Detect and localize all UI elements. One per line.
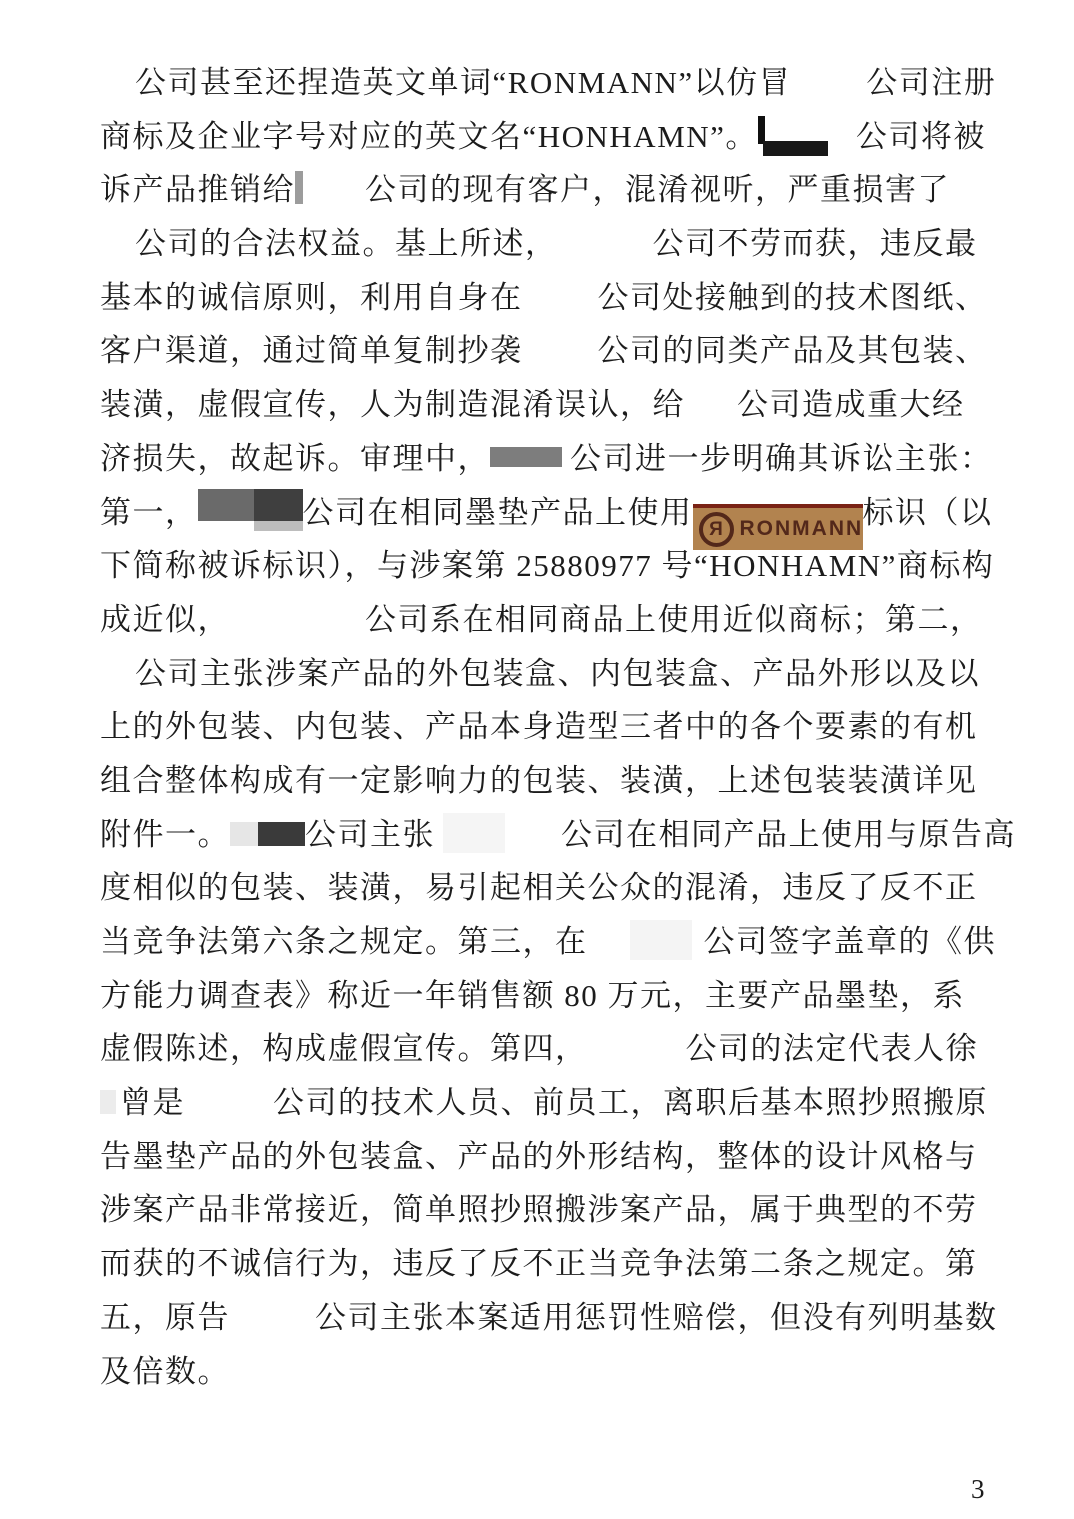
redaction-box xyxy=(443,813,505,853)
text-segment: 五，原告 xyxy=(100,1300,230,1335)
text-line: 附件一。公司主张公司在相同产品上使用与原告高 xyxy=(100,808,990,862)
text-segment: 及倍数。 xyxy=(100,1354,230,1389)
text-segment: 第一， xyxy=(100,495,198,530)
text-segment: 公司的同类产品及其包装、 xyxy=(598,333,988,368)
text-segment: 公司注册 xyxy=(866,65,996,100)
redacted-blank-gap xyxy=(505,843,561,845)
text-segment: 公司在相同产品上使用与原告高 xyxy=(561,817,1016,852)
redaction-box xyxy=(763,141,828,156)
text-segment: 基本的诚信原则，利用自身在 xyxy=(100,280,523,315)
text-line: 济损失，故起诉。审理中，公司进一步明确其诉讼主张： xyxy=(100,432,990,486)
text-segment: 公司的合法权益。基上所述， xyxy=(135,226,558,261)
text-line: 曾是公司的技术人员、前员工，离职后基本照抄照搬原 xyxy=(100,1076,990,1130)
text-segment: 商标及企业字号对应的英文名“HONHAMN”。 xyxy=(100,119,758,154)
text-segment: 公司主张本案适用惩罚性赔偿，但没有列明基数 xyxy=(315,1300,998,1335)
page-number: 3 xyxy=(971,1474,985,1505)
text-segment: 公司将被 xyxy=(856,119,986,154)
text-segment: 公司不劳而获，违反最 xyxy=(653,226,978,261)
redacted-blank-gap xyxy=(588,950,630,952)
redaction-box xyxy=(258,822,305,846)
redacted-blank-gap xyxy=(523,359,598,361)
redaction-box xyxy=(490,447,562,467)
text-segment: 当竞争法第六条之规定。第三，在 xyxy=(100,924,588,959)
text-segment: 虚假陈述，构成虚假宣传。第四， xyxy=(100,1031,588,1066)
text-line: 公司的合法权益。基上所述，公司不劳而获，违反最 xyxy=(100,217,990,271)
text-segment: 成近似， xyxy=(100,602,230,637)
redacted-blank-gap xyxy=(230,628,365,630)
text-segment: 组合整体构成有一定影响力的包装、装潢，上述包装装潢详见 xyxy=(100,763,978,798)
text-segment: 方能力调查表》称近一年销售额 80 万元，主要产品墨垫，系 xyxy=(100,978,965,1013)
redacted-blank-gap xyxy=(303,198,365,200)
redaction-box xyxy=(198,489,254,521)
document-body: 公司甚至还捏造英文单词“RONMANN”以仿冒公司注册商标及企业字号对应的英文名… xyxy=(100,56,990,1398)
redacted-blank-gap xyxy=(558,252,653,254)
text-line: 方能力调查表》称近一年销售额 80 万元，主要产品墨垫，系 xyxy=(100,969,990,1023)
redaction-box xyxy=(758,116,765,144)
text-segment: 度相似的包装、装潢，易引起相关公众的混淆，违反了反不正 xyxy=(100,870,978,905)
redaction-box xyxy=(254,489,303,521)
text-line: 装潢，虚假宣传，人为制造混淆误认，给公司造成重大经 xyxy=(100,378,990,432)
redacted-blank-gap xyxy=(692,950,704,952)
text-line: 上的外包装、内包装、产品本身造型三者中的各个要素的有机 xyxy=(100,700,990,754)
text-line: 告墨垫产品的外包装盒、产品的外形结构，整体的设计风格与 xyxy=(100,1130,990,1184)
redacted-blank-gap xyxy=(791,91,866,93)
redacted-blank-gap xyxy=(185,1111,273,1113)
text-segment: 公司在相同墨垫产品上使用 xyxy=(303,495,693,530)
redaction-group xyxy=(758,114,828,156)
text-segment: 公司主张涉案产品的外包装盒、内包装盒、产品外形以及以 xyxy=(135,656,980,691)
text-line: 下简称被诉标识），与涉案第 25880977 号“HONHAMN”商标构 xyxy=(100,539,990,593)
text-line: 公司主张涉案产品的外包装盒、内包装盒、产品外形以及以 xyxy=(100,647,990,701)
text-segment: 公司进一步明确其诉讼主张： xyxy=(570,441,993,476)
text-segment: 济损失，故起诉。审理中， xyxy=(100,441,490,476)
text-line: 商标及企业字号对应的英文名“HONHAMN”。公司将被 xyxy=(100,110,990,164)
text-segment: 公司的技术人员、前员工，离职后基本照抄照搬原 xyxy=(273,1085,988,1120)
text-segment: 客户渠道，通过简单复制抄袭 xyxy=(100,333,523,368)
text-line: 当竞争法第六条之规定。第三，在公司签字盖章的《供 xyxy=(100,915,990,969)
text-segment: 诉产品推销给 xyxy=(100,172,295,207)
text-line: 诉产品推销给公司的现有客户，混淆视听，严重损害了 xyxy=(100,163,990,217)
text-line: 虚假陈述，构成虚假宣传。第四，公司的法定代表人徐 xyxy=(100,1022,990,1076)
document-page: 公司甚至还捏造英文单词“RONMANN”以仿冒公司注册商标及企业字号对应的英文名… xyxy=(0,0,1074,1519)
text-line: 涉案产品非常接近，简单照抄照搬涉案产品，属于典型的不劳 xyxy=(100,1183,990,1237)
text-segment: 而获的不诚信行为，违反了反不正当竞争法第二条之规定。第 xyxy=(100,1246,978,1281)
redaction-box xyxy=(295,171,303,204)
text-segment: 附件一。 xyxy=(100,817,230,852)
redacted-blank-gap xyxy=(828,145,856,147)
text-segment: 公司主张 xyxy=(305,817,435,852)
redacted-blank-gap xyxy=(435,843,443,845)
text-segment: 涉案产品非常接近，简单照抄照搬涉案产品，属于典型的不劳 xyxy=(100,1192,978,1227)
redaction-box xyxy=(230,822,258,846)
text-segment: 公司的法定代表人徐 xyxy=(686,1031,979,1066)
redaction-box xyxy=(630,920,692,960)
text-segment: 上的外包装、内包装、产品本身造型三者中的各个要素的有机 xyxy=(100,709,978,744)
text-line: 公司甚至还捏造英文单词“RONMANN”以仿冒公司注册 xyxy=(100,56,990,110)
redacted-blank-gap xyxy=(685,413,737,415)
redaction-box xyxy=(100,1090,116,1114)
redacted-blank-gap xyxy=(523,306,598,308)
redaction-group xyxy=(198,489,303,531)
text-segment: 下简称被诉标识），与涉案第 25880977 号“HONHAMN”商标构 xyxy=(100,548,994,583)
text-segment: 装潢，虚假宣传，人为制造混淆误认，给 xyxy=(100,387,685,422)
text-segment: 曾是 xyxy=(120,1085,185,1120)
text-segment: 公司签字盖章的《供 xyxy=(704,924,997,959)
text-segment: 告墨垫产品的外包装盒、产品的外形结构，整体的设计风格与 xyxy=(100,1139,978,1174)
text-segment: 标识（以 xyxy=(863,495,993,530)
text-line: 度相似的包装、装潢，易引起相关公众的混淆，违反了反不正 xyxy=(100,861,990,915)
text-line: 客户渠道，通过简单复制抄袭公司的同类产品及其包装、 xyxy=(100,324,990,378)
text-segment: 公司处接触到的技术图纸、 xyxy=(598,280,988,315)
text-line: 及倍数。 xyxy=(100,1345,990,1399)
text-line: 成近似，公司系在相同商品上使用近似商标；第二， xyxy=(100,593,990,647)
redacted-blank-gap xyxy=(562,467,570,469)
text-segment: 公司的现有客户，混淆视听，严重损害了 xyxy=(365,172,950,207)
redaction-box xyxy=(254,521,303,531)
text-line: 而获的不诚信行为，违反了反不正当竞争法第二条之规定。第 xyxy=(100,1237,990,1291)
text-line: 五，原告公司主张本案适用惩罚性赔偿，但没有列明基数 xyxy=(100,1291,990,1345)
redacted-blank-gap xyxy=(230,1326,315,1328)
text-line: 基本的诚信原则，利用自身在公司处接触到的技术图纸、 xyxy=(100,271,990,325)
text-segment: 公司系在相同商品上使用近似商标；第二， xyxy=(365,602,983,637)
text-segment: 公司造成重大经 xyxy=(737,387,965,422)
text-line: 第一，公司在相同墨垫产品上使用ЯRONMANN标识（以 xyxy=(100,486,990,540)
text-segment: 公司甚至还捏造英文单词“RONMANN”以仿冒 xyxy=(135,65,791,100)
text-line: 组合整体构成有一定影响力的包装、装潢，上述包装装潢详见 xyxy=(100,754,990,808)
redacted-blank-gap xyxy=(588,1057,686,1059)
